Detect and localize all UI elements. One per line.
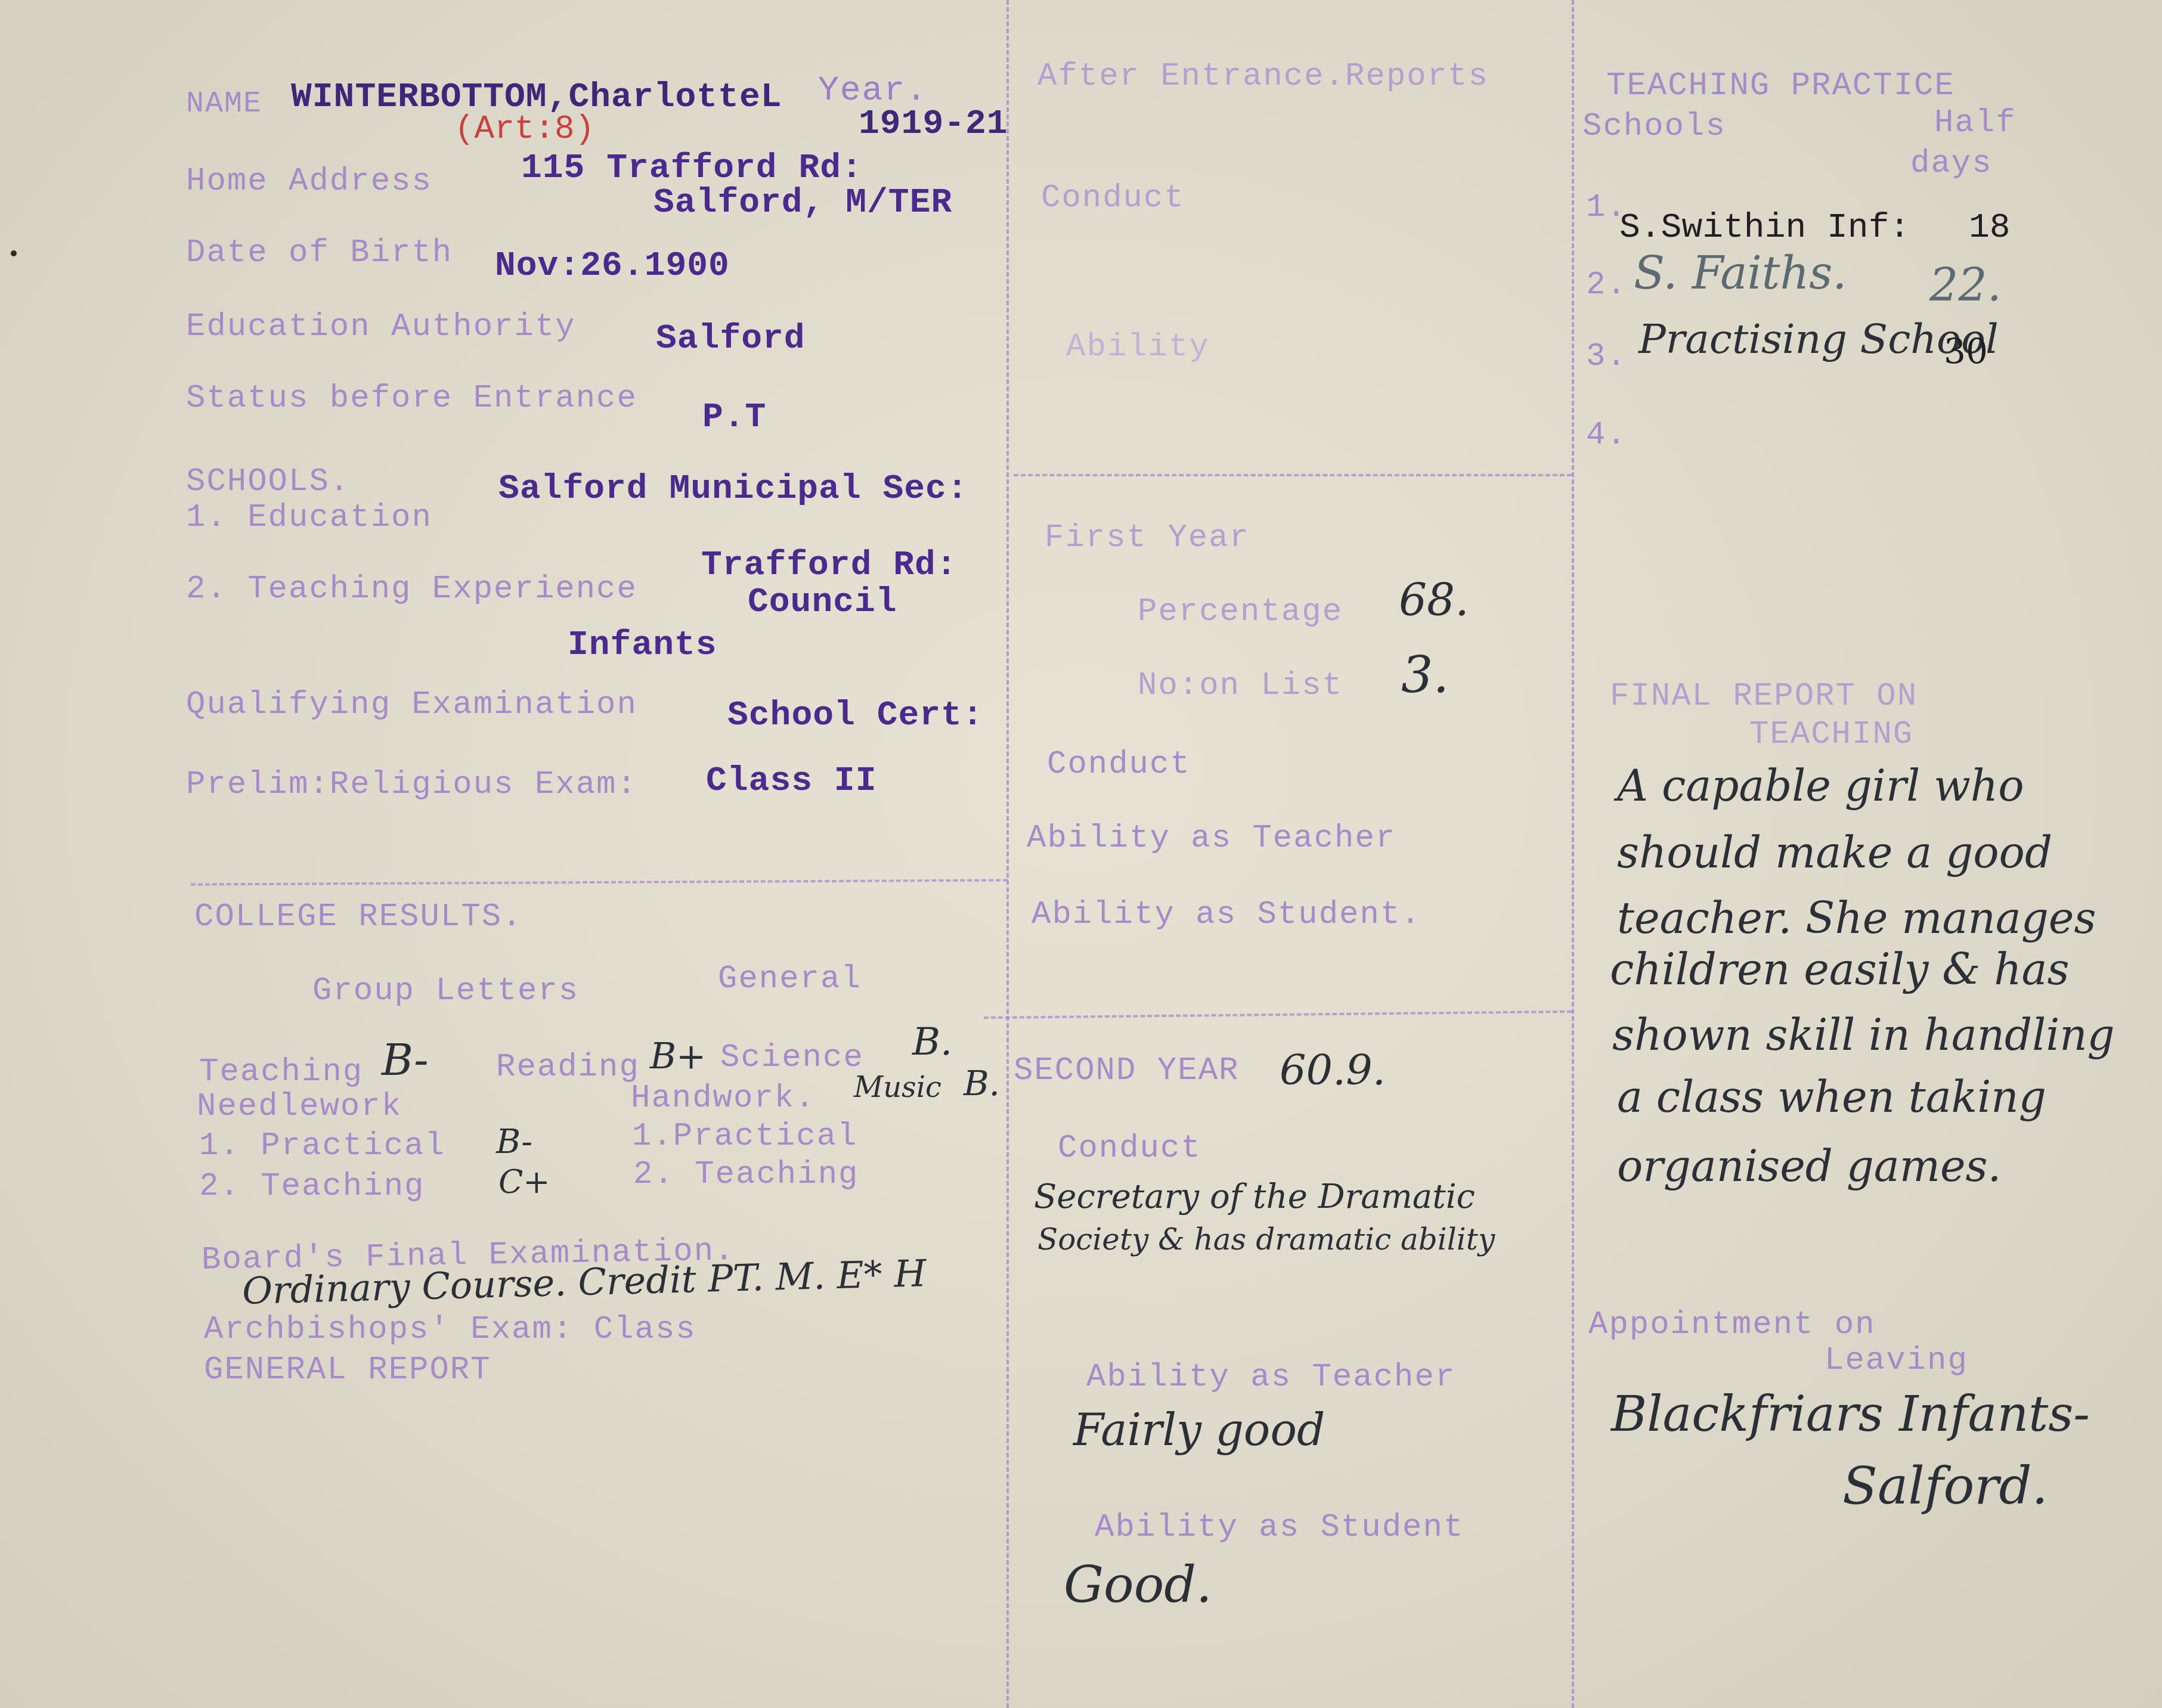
after-entrance-heading: After Entrance.Reports: [1037, 61, 1489, 93]
tp-row2-days: 22.: [1929, 262, 2002, 308]
student-record-card: NAME WINTERBOTTOM,CharlotteL Year. (Art:…: [0, 0, 2162, 1708]
education-value: Salford Municipal Sec:: [498, 472, 968, 507]
needlework-label: Needlework: [197, 1091, 402, 1123]
sy-conduct-line1: Secretary of the Dramatic: [1034, 1180, 1475, 1214]
sy-ability-teacher-value: Fairly good: [1073, 1408, 1325, 1452]
left-section-rule: [191, 879, 1008, 885]
sy-ability-student-value: Good.: [1064, 1560, 1212, 1610]
article-note: (Art:8): [454, 112, 594, 145]
percentage-value: 68.: [1399, 578, 1469, 622]
final-report-line-5: shown skill in handling: [1612, 1013, 2115, 1056]
education-label: 1. Education: [186, 502, 432, 534]
final-report-line-2: should make a good: [1617, 831, 2052, 874]
appointment-line1: Blackfriars Infants-: [1611, 1390, 2090, 1439]
qualifying-exam-label: Qualifying Examination: [186, 689, 637, 721]
tp-row3-days: 30: [1944, 334, 1988, 368]
ink-speck: [11, 250, 17, 256]
science-label: Science: [720, 1042, 864, 1074]
music-grade: B.: [964, 1066, 1000, 1101]
qualifying-exam-value: School Cert:: [727, 699, 984, 733]
tp-days-label: days: [1910, 148, 1993, 180]
appointment-label-1: Appointment on: [1588, 1309, 1876, 1341]
teaching-experience-line3: Infants: [568, 628, 717, 663]
tp-row2-school: S. Faiths.: [1634, 250, 1847, 296]
ae-conduct-label: Conduct: [1041, 182, 1185, 215]
sy-conduct-label: Conduct: [1058, 1133, 1201, 1165]
no-on-list-value: 3.: [1401, 650, 1449, 700]
dob-value: Nov:26.1900: [495, 249, 730, 284]
education-authority-value: Salford: [656, 322, 806, 357]
college-results-heading: COLLEGE RESULTS.: [194, 901, 522, 934]
group-letters-label: Group Letters: [312, 975, 579, 1008]
percentage-label: Percentage: [1138, 596, 1343, 628]
name-label: NAME: [186, 89, 262, 119]
tp-row1-school: S.Swithin Inf:: [1619, 211, 1910, 246]
final-report-label-2: TEACHING: [1749, 719, 1913, 751]
hand-teaching-label: 2. Teaching: [633, 1159, 859, 1191]
middle-rule-bottom: [984, 1010, 1572, 1019]
needle-practical-label: 1. Practical: [199, 1130, 445, 1163]
music-label: Music: [854, 1073, 941, 1102]
first-year-label: First Year: [1045, 522, 1250, 554]
ae-ability-label: Ability: [1066, 331, 1210, 364]
teaching-experience-line2: Council: [748, 585, 897, 620]
schools-label: SCHOOLS.: [186, 466, 350, 498]
dob-label: Date of Birth: [186, 237, 453, 269]
no-on-list-label: No:on List: [1138, 670, 1343, 702]
tp-row1-days: 18: [1969, 211, 2011, 246]
fy-ability-student-label: Ability as Student.: [1032, 899, 1421, 931]
general-label: General: [718, 963, 862, 996]
fy-conduct-label: Conduct: [1047, 749, 1191, 781]
year-value: 1919-21: [859, 107, 1008, 142]
education-authority-label: Education Authority: [186, 311, 576, 343]
final-report-line-1: A capable girl who: [1617, 764, 2024, 807]
tp-row3-num: 3.: [1586, 341, 1627, 373]
sy-conduct-line2: Society & has dramatic ability: [1037, 1225, 1495, 1254]
final-report-line-3: teacher. She manages: [1617, 897, 2096, 940]
year-label: Year.: [818, 74, 928, 109]
home-address-line2: Salford, M/TER: [653, 186, 952, 221]
tp-row4-num: 4.: [1586, 420, 1627, 452]
second-year-value: 60.9.: [1280, 1049, 1386, 1091]
reading-grade: B+: [650, 1039, 706, 1074]
status-value: P.T: [702, 401, 766, 435]
needle-practical-grade: B-: [496, 1126, 532, 1159]
sy-ability-teacher-label: Ability as Teacher: [1086, 1362, 1455, 1394]
prelim-religious-value: Class II: [706, 764, 876, 799]
teaching-experience-label: 2. Teaching Experience: [186, 574, 637, 606]
archbishops-label: Archbishops' Exam: Class: [204, 1314, 696, 1346]
science-grade: B.: [912, 1023, 952, 1061]
column-divider-right: [1572, 0, 1574, 1708]
final-report-label-1: FINAL REPORT ON: [1610, 681, 1918, 713]
final-report-line-7: organised games.: [1617, 1145, 2001, 1188]
tp-half-label: Half: [1934, 107, 2017, 140]
teaching-practice-heading: TEACHING PRACTICE: [1606, 70, 1955, 103]
reading-label: Reading: [496, 1052, 640, 1084]
middle-rule-top: [1014, 474, 1572, 476]
status-label: Status before Entrance: [186, 383, 637, 415]
hand-practical-label: 1.Practical: [632, 1121, 857, 1153]
sy-ability-student-label: Ability as Student: [1095, 1512, 1464, 1544]
tp-schools-label: Schools: [1582, 111, 1726, 143]
column-divider-left: [1006, 0, 1009, 1708]
second-year-label: SECOND YEAR: [1014, 1055, 1239, 1087]
teaching-experience-line1: Trafford Rd:: [701, 548, 958, 583]
home-address-line1: 115 Trafford Rd:: [521, 151, 863, 186]
tp-row2-num: 2.: [1586, 269, 1627, 302]
final-report-line-6: a class when taking: [1617, 1075, 2046, 1118]
prelim-religious-label: Prelim:Religious Exam:: [186, 769, 637, 801]
general-report-label: GENERAL REPORT: [204, 1354, 491, 1387]
home-address-label: Home Address: [186, 166, 432, 198]
fy-ability-teacher-label: Ability as Teacher: [1027, 823, 1396, 855]
teaching-grade: B-: [382, 1039, 429, 1081]
appointment-line2: Salford.: [1842, 1461, 2048, 1512]
handwork-label: Handwork.: [631, 1083, 816, 1115]
final-report-line-4: children easily & has: [1610, 948, 2069, 991]
needle-teaching-grade: C+: [498, 1166, 550, 1198]
needle-teaching-label: 2. Teaching: [199, 1171, 425, 1203]
appointment-label-2: Leaving: [1825, 1345, 1968, 1377]
teaching-label: Teaching: [199, 1056, 363, 1089]
